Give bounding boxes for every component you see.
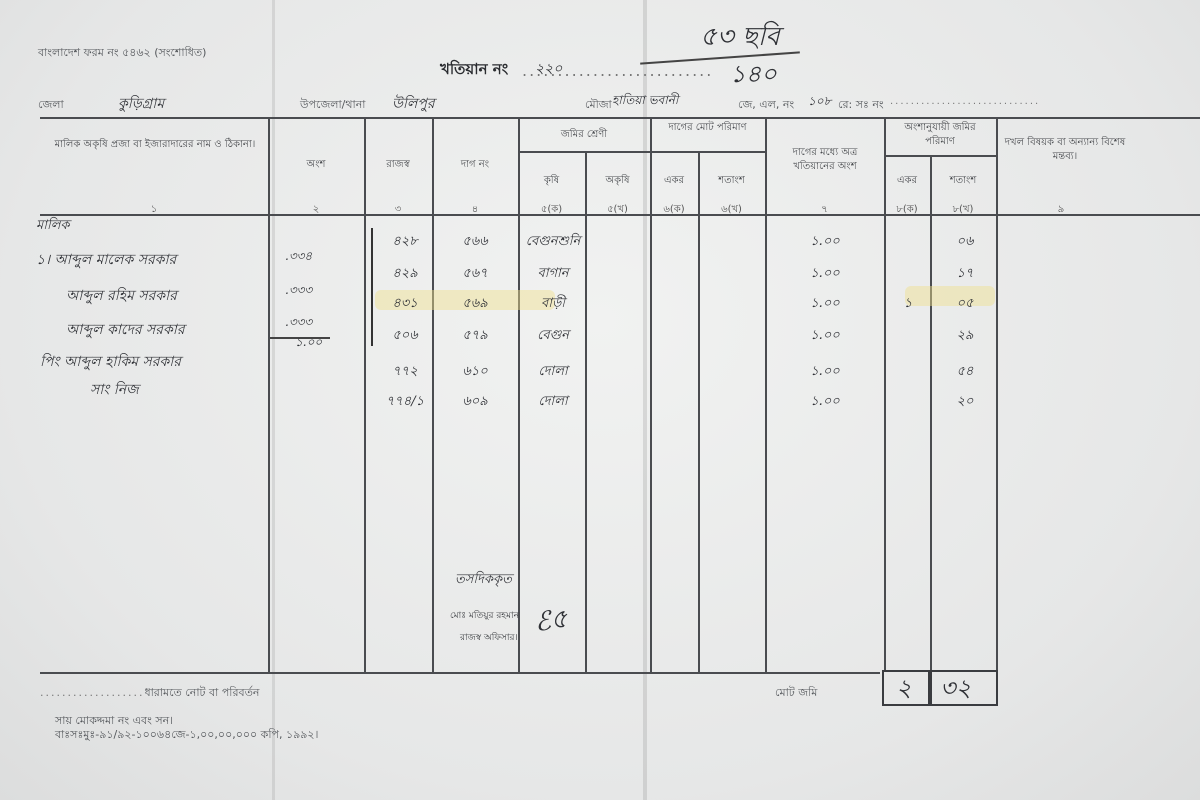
- header-dag-decimal: শতাংশ: [698, 174, 765, 188]
- upazila-label: উপজেলা/থানা: [300, 96, 365, 115]
- reg-label: রে: সঃ নং: [838, 96, 884, 115]
- header-remarks: দখল বিষয়ক বা অন্যান্য বিশেষ মন্তব্য।: [1000, 136, 1130, 164]
- header-dag: দাগ নং: [432, 158, 518, 172]
- jl-label: জে, এল, নং: [738, 96, 794, 115]
- header-portion: দাগের মধ্যে অত্র খতিয়ানের অংশ: [775, 146, 875, 174]
- owner-name: আব্দুল রহিম সরকার: [66, 284, 177, 308]
- signature: ℰ৫: [532, 598, 570, 646]
- dotted-leader: ...................ধারামতে নোট বা পরিবর্…: [40, 684, 259, 703]
- col-number: ৭: [765, 202, 884, 219]
- row-dag: ৬১০: [440, 362, 510, 383]
- col-divider: [765, 117, 767, 672]
- fold-crease: [643, 0, 647, 800]
- owner-share: .৩৩৪: [285, 248, 312, 268]
- owner-heading: মালিক: [36, 216, 70, 237]
- row-acre: ১: [888, 294, 928, 315]
- subheader-line: [884, 155, 996, 157]
- row-portion: ১.০০: [790, 362, 860, 383]
- header-amount-decimal: শতাংশ: [930, 174, 996, 188]
- col-number: ২: [268, 202, 364, 219]
- row-revenue: ৭৭২: [380, 362, 430, 383]
- row-portion: ১.০০: [790, 232, 860, 253]
- row-revenue: ৫০৬: [380, 326, 430, 347]
- col-number: ৮(খ): [930, 202, 996, 219]
- annotation-bottom: ১৪০: [730, 56, 777, 96]
- row-dag: ৫৬৬: [440, 232, 510, 253]
- header-land-amount: অংশানুযায়ী জমির পরিমাণ: [888, 121, 992, 149]
- row-dag: ৫৬৯: [440, 294, 510, 315]
- header-revenue: রাজস্ব: [364, 158, 432, 172]
- col-number: ৫(ক): [518, 202, 585, 219]
- col-number: ৫(খ): [585, 202, 650, 219]
- fold-crease: [272, 0, 275, 800]
- row-revenue: ৪২৯: [380, 264, 430, 285]
- owner-address: সাং নিজ: [90, 378, 139, 402]
- total-decimal: ৩২: [940, 670, 971, 710]
- col-number: ৪: [432, 202, 518, 219]
- col-divider: [268, 117, 270, 672]
- district-value: কুড়িগ্রাম: [118, 92, 164, 116]
- owner-name: ১। আব্দুল মালেক সরকার: [36, 248, 176, 272]
- row-decimal: ৫৪: [940, 362, 990, 383]
- row-revenue: ৭৭৪/১: [380, 392, 430, 413]
- row-decimal: ০৬: [940, 232, 990, 253]
- col-divider: [432, 117, 434, 672]
- dotted-leader: .............................: [890, 96, 1040, 107]
- row-class: বেগুন: [522, 326, 584, 347]
- row-revenue: ৪৩১: [380, 294, 430, 315]
- row-dag: ৬০৯: [440, 392, 510, 413]
- col-divider: [996, 117, 998, 672]
- table-top-border: [40, 117, 1200, 119]
- row-portion: ১.০০: [790, 294, 860, 315]
- total-acre: ২: [896, 670, 912, 710]
- col-number: ৬(খ): [698, 202, 765, 219]
- header-share: অংশ: [268, 158, 364, 172]
- khatian-label: খতিয়ান নং: [440, 58, 508, 83]
- jl-value: ১০৮: [808, 93, 831, 113]
- col-divider: [585, 151, 587, 672]
- row-portion: ১.০০: [790, 326, 860, 347]
- attestation-officer: মোঃ মতিয়ুর রহমান: [450, 608, 519, 623]
- owner-share: .৩৩৩: [285, 282, 312, 302]
- attestation-label: তসদিককৃত: [455, 570, 512, 591]
- col-number: ৩: [364, 202, 432, 219]
- col-number: ৯: [996, 202, 1126, 219]
- col-divider: [930, 155, 932, 672]
- row-dag: ৫৬৭: [440, 264, 510, 285]
- col-number: ৮(ক): [884, 202, 930, 219]
- row-portion: ১.০০: [790, 264, 860, 285]
- owner-name: আব্দুল কাদের সরকার: [66, 318, 185, 342]
- table-bottom-border: [40, 672, 880, 674]
- row-class: বেগুনশুনি: [522, 232, 584, 253]
- row-class: দোলা: [522, 362, 584, 383]
- row-decimal: ২০: [940, 392, 990, 413]
- district-label: জেলা: [38, 96, 64, 115]
- col-divider: [650, 117, 652, 672]
- owner-name: পিং আব্দুল হাকিম সরকার: [40, 350, 181, 374]
- col-divider: [884, 117, 886, 672]
- bracket-mark: [371, 228, 373, 346]
- col-number: ১: [40, 202, 268, 219]
- header-land-class: জমির শ্রেণী: [518, 128, 650, 142]
- row-portion: ১.০০: [790, 392, 860, 413]
- header-dag-acre: একর: [650, 174, 698, 188]
- row-dag: ৫৭৯: [440, 326, 510, 347]
- col-number: ৬(ক): [650, 202, 698, 219]
- col-divider: [518, 117, 520, 672]
- mouza-value: হাতিয়া ভবানী: [612, 92, 678, 112]
- row-decimal: ০৫: [940, 294, 990, 315]
- attestation-designation: রাজস্ব অফিসার।: [460, 630, 518, 645]
- header-dag-total: দাগের মোট পরিমাণ: [660, 121, 755, 135]
- owner-share-total: ১.০০: [295, 334, 322, 354]
- mouza-label: মৌজা: [585, 96, 612, 115]
- row-class: দোলা: [522, 392, 584, 413]
- subheader-line: [518, 151, 765, 153]
- row-decimal: ২৯: [940, 326, 990, 347]
- owner-share: .৩৩৩: [285, 314, 312, 334]
- row-class: বাড়ী: [522, 294, 584, 315]
- khatian-number: ২২০: [535, 57, 562, 81]
- header-agri: কৃষি: [518, 174, 585, 188]
- change-note: ধারামতে নোট বা পরিবর্তন: [144, 686, 259, 699]
- print-line: বাঃসঃমুঃ-৯১/৯২-১০০৬৪জে-১,০০,০০,০০০ কপি, …: [55, 726, 319, 745]
- row-decimal: ১৭: [940, 264, 990, 285]
- document-page: বাংলাদেশ ফরম নং ৫৪৬২ (সংশোধিত) খতিয়ান ন…: [0, 0, 1200, 800]
- upazila-value: উলিপুর: [392, 92, 435, 116]
- form-reference: বাংলাদেশ ফরম নং ৫৪৬২ (সংশোধিত): [38, 44, 206, 63]
- header-amount-acre: একর: [884, 174, 930, 188]
- header-non-agri: অকৃষি: [585, 174, 650, 188]
- total-label: মোট জমি: [775, 684, 817, 703]
- row-revenue: ৪২৮: [380, 232, 430, 253]
- header-owner: মালিক অকৃষি প্রজা বা ইজারাদারের নাম ও ঠি…: [50, 138, 260, 152]
- col-divider: [364, 117, 366, 672]
- col-divider: [698, 151, 700, 672]
- row-class: বাগান: [522, 264, 584, 285]
